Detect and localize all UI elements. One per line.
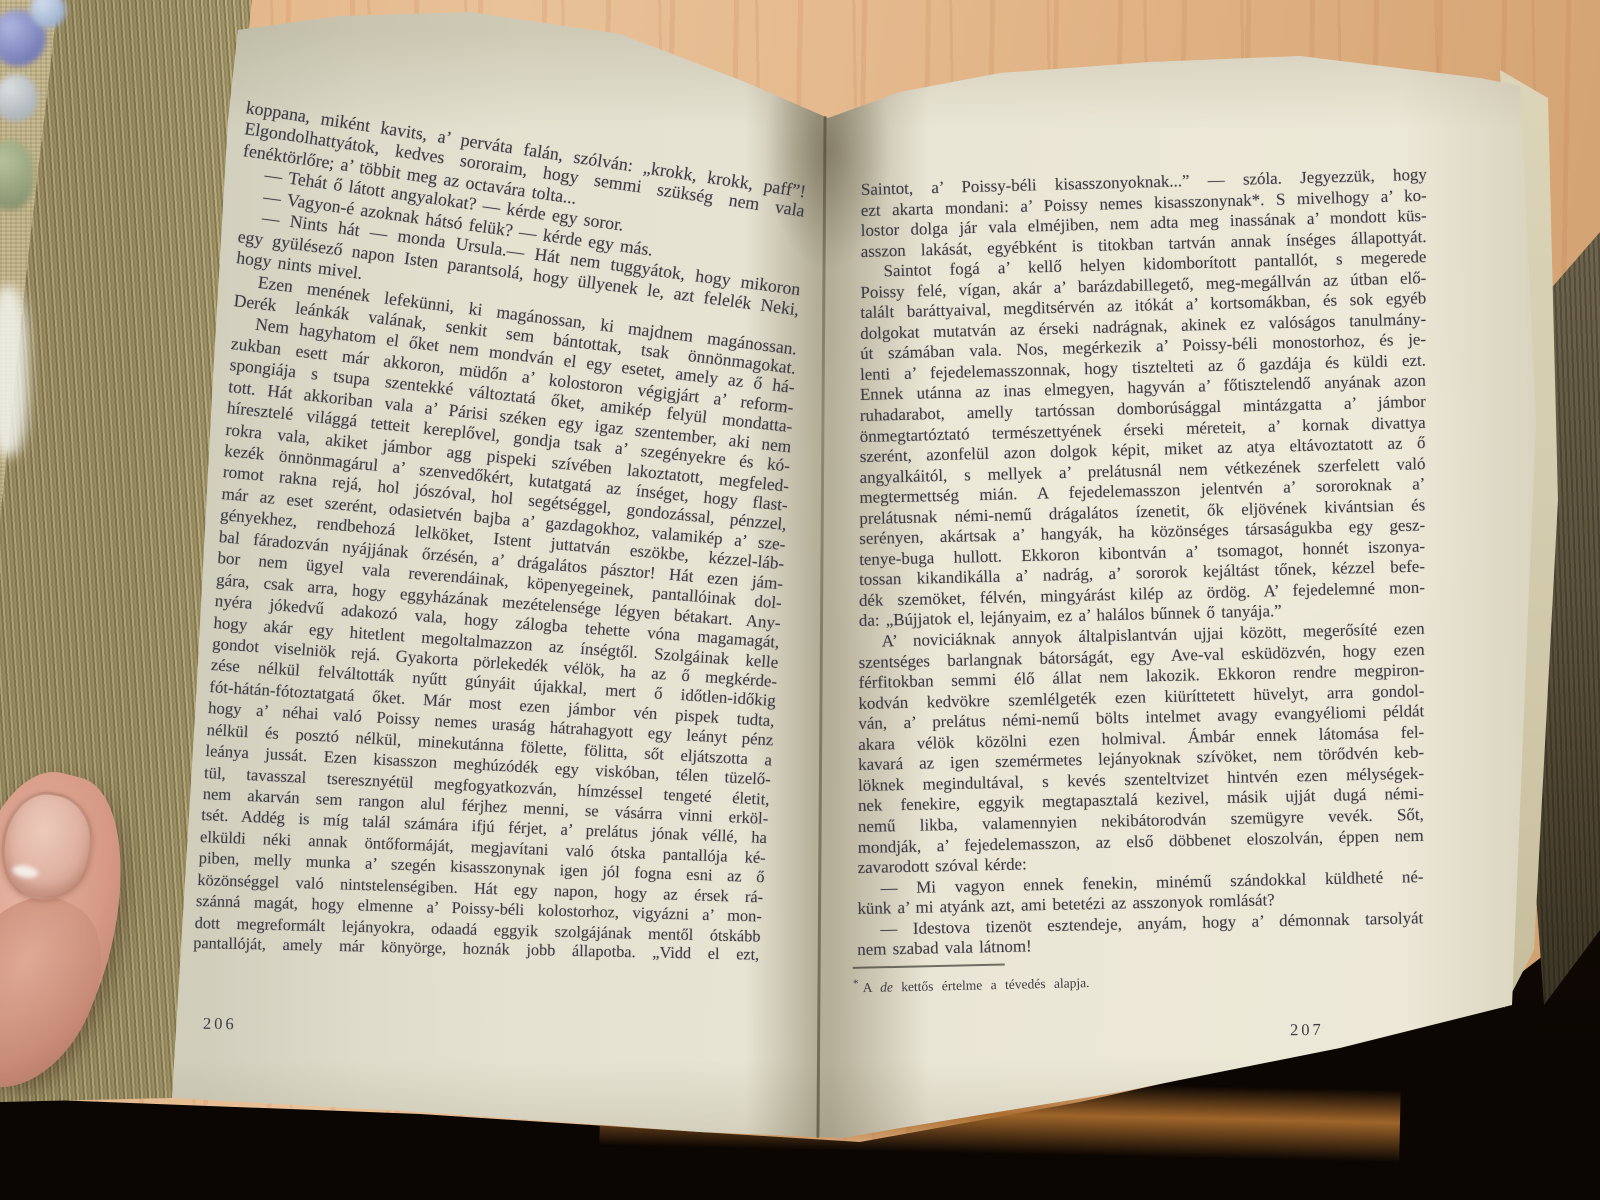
page-number-right: 207 bbox=[1290, 1020, 1324, 1041]
right-page-text: Saintot, a’ Poissy-béli kisasszonyoknak.… bbox=[853, 180, 1419, 961]
footnote-pre: A bbox=[863, 980, 881, 995]
page-number-left: 206 bbox=[203, 1014, 237, 1034]
footnote-marker: * bbox=[853, 978, 859, 990]
footnote-post: kettős értelme a tévedés alapja. bbox=[893, 975, 1090, 994]
blurred-white-object bbox=[0, 286, 28, 456]
footnote-italic-word: de bbox=[880, 979, 893, 994]
left-page-text: koppana, miként kavits, a’ perváta falán… bbox=[192, 97, 758, 955]
